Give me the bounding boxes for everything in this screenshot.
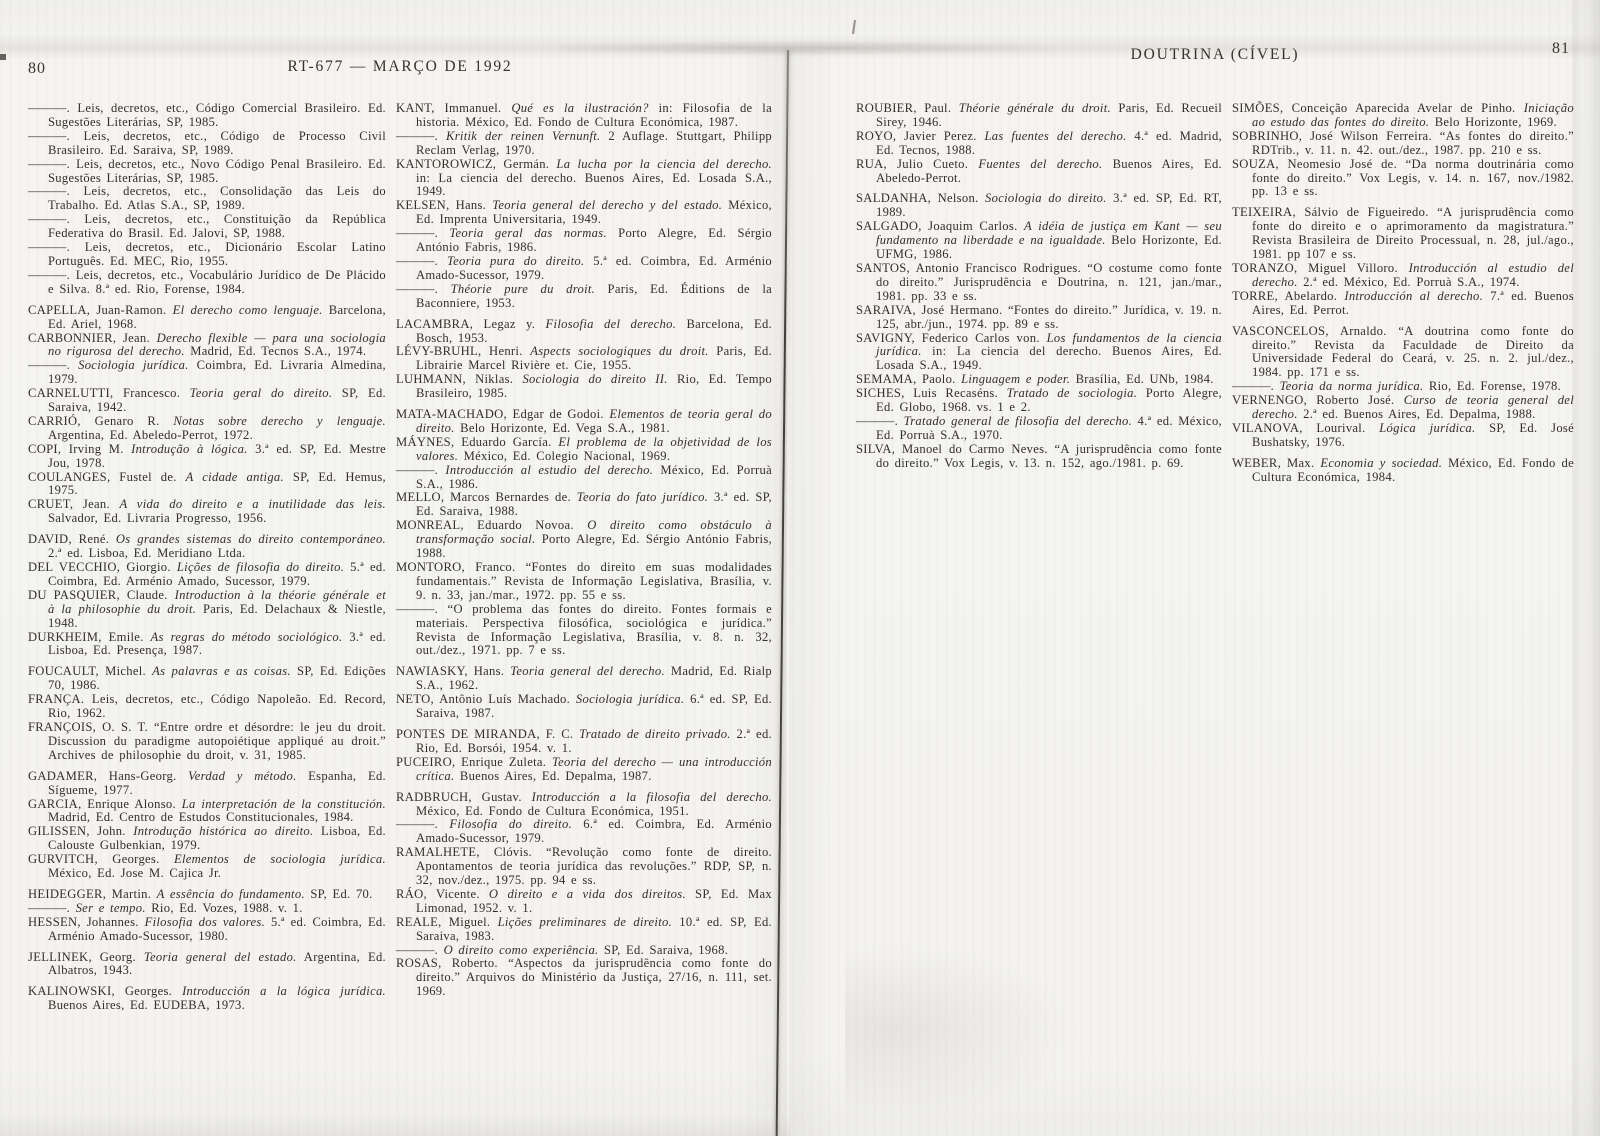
bib-entry-text: HESSEN, Johannes. bbox=[28, 915, 145, 929]
bib-entry-title: Lógica jurídica. bbox=[1379, 421, 1475, 435]
bib-entry-text: COULANGES, Fustel de. bbox=[28, 470, 186, 484]
bib-entry: ———. Leis, decretos, etc., Código de Pro… bbox=[28, 130, 386, 158]
bib-entry-text: MÁYNES, Eduardo García. bbox=[396, 435, 558, 449]
bib-entry: COPI, Irving M. Introdução à lógica. 3.ª… bbox=[28, 443, 386, 471]
bib-entry-title: Introducción a la filosofia del derecho. bbox=[532, 790, 772, 804]
bib-entry-text: FOUCAULT, Michel. bbox=[28, 664, 152, 678]
bib-entry-text: CARBONNIER, Jean. bbox=[28, 331, 157, 345]
bib-entry: SAVIGNY, Federico Carlos von. Los fundam… bbox=[856, 332, 1222, 374]
bib-entry-title: Introdução à lógica. bbox=[131, 442, 248, 456]
bib-entry-text: SANTOS, Antonio Francisco Rodrigues. “O … bbox=[856, 261, 1222, 303]
bib-entry-text: ———. Leis, decretos, etc., Código de Pro… bbox=[28, 129, 386, 157]
bib-entry: ———. Théorie pure du droit. Paris, Ed. É… bbox=[396, 283, 772, 311]
bib-entry: ———. Sociologia jurídica. Coimbra, Ed. L… bbox=[28, 359, 386, 387]
bib-entry-text: in: La ciencia del derecho. Buenos Aires… bbox=[876, 344, 1222, 372]
bib-entry-title: A cidade antiga. bbox=[186, 470, 284, 484]
bib-entry-title: Sociologia jurídica. bbox=[78, 358, 189, 372]
bib-entry-text: JELLINEK, Georg. bbox=[28, 950, 144, 964]
entry-group: PONTES DE MIRANDA, F. C. Tratado de dire… bbox=[396, 728, 772, 784]
bib-entry: ———. Leis, decretos, etc., Novo Código P… bbox=[28, 158, 386, 186]
bib-entry-text: FRANÇA. Leis, decretos, etc., Código Nap… bbox=[28, 692, 386, 720]
bib-entry-text: ———. bbox=[856, 414, 904, 428]
bib-entry-text: LÉVY-BRUHL, Henri. bbox=[396, 344, 530, 358]
bib-entry: ———. “O problema das fontes do direito. … bbox=[396, 603, 772, 659]
bib-entry-text: SP, Ed. 70. bbox=[305, 887, 373, 901]
bib-entry: ROUBIER, Paul. Théorie générale du droit… bbox=[856, 102, 1222, 130]
bib-entry: HESSEN, Johannes. Filosofia dos valores.… bbox=[28, 916, 386, 944]
bib-entry-text: SOUZA, Neomesio José de. “Da norma doutr… bbox=[1232, 157, 1574, 199]
bib-entry: GILISSEN, John. Introdução histórica ao … bbox=[28, 825, 386, 853]
right-page: 81 DOUTRINA (CÍVEL) ROUBIER, Paul. Théor… bbox=[856, 40, 1574, 492]
bib-entry-text: DU PASQUIER, Claude. bbox=[28, 588, 175, 602]
bib-entry-text: VILANOVA, Lourival. bbox=[1232, 421, 1379, 435]
bib-entry-text: Belo Horizonte, 1969. bbox=[1429, 115, 1557, 129]
bib-entry-text: DURKHEIM, Emile. bbox=[28, 630, 151, 644]
bib-entry-title: Introducción a la lógica jurídica. bbox=[182, 984, 386, 998]
bib-entry-title: Théorie pure du droit. bbox=[451, 282, 596, 296]
bib-entry-text: VASCONCELOS, Arnaldo. “A doutrina como f… bbox=[1232, 324, 1574, 380]
bib-entry-text: CARNELUTTI, Francesco. bbox=[28, 386, 190, 400]
bib-entry-text: ———. Leis, decretos, etc., Dicionário Es… bbox=[28, 240, 386, 268]
bib-entry-text: PUCEIRO, Enrique Zuleta. bbox=[396, 755, 552, 769]
bib-entry: LUHMANN, Niklas. Sociologia do direito I… bbox=[396, 373, 772, 401]
bib-entry-text: SALDANHA, Nelson. bbox=[856, 191, 985, 205]
bib-entry-text: WEBER, Max. bbox=[1232, 456, 1320, 470]
bib-entry-text: ROUBIER, Paul. bbox=[856, 101, 959, 115]
bib-entry: SILVA, Manoel do Carmo Neves. “A jurispr… bbox=[856, 443, 1222, 471]
bib-entry: MONREAL, Eduardo Novoa. O direito como o… bbox=[396, 519, 772, 561]
entry-group: RADBRUCH, Gustav. Introducción a la filo… bbox=[396, 791, 772, 1000]
bib-entry-text: ———. Leis, decretos, etc., Código Comerc… bbox=[28, 101, 386, 129]
bib-entry-title: Elementos de sociologia jurídica. bbox=[174, 852, 386, 866]
bib-entry: ———. O direito como experiência. SP, Ed.… bbox=[396, 944, 772, 958]
bib-entry: SARAIVA, José Hermano. “Fontes do direit… bbox=[856, 304, 1222, 332]
bib-entry-title: Teoria general del derecho. bbox=[510, 664, 665, 678]
bib-entry: SICHES, Luis Recaséns. Tratado de sociol… bbox=[856, 387, 1222, 415]
bib-entry-title: Introducción al derecho. bbox=[1344, 289, 1483, 303]
bib-entry-title: Qué es la ilustración? bbox=[511, 101, 648, 115]
bib-entry-text: ———. bbox=[396, 817, 449, 831]
bib-entry-text: in: La ciencia del derecho. Buenos Aires… bbox=[416, 171, 772, 199]
bib-entry-title: As palavras e as coisas. bbox=[152, 664, 291, 678]
bib-entry-title: Teoria pura do direito. bbox=[447, 254, 584, 268]
left-page-number: 80 bbox=[28, 60, 46, 78]
bib-entry: REALE, Miguel. Lições preliminares de di… bbox=[396, 916, 772, 944]
bib-entry: PONTES DE MIRANDA, F. C. Tratado de dire… bbox=[396, 728, 772, 756]
bib-entry-text: NETO, Antônio Luís Machado. bbox=[396, 692, 576, 706]
bib-entry-text: MELLO, Marcos Bernardes de. bbox=[396, 490, 577, 504]
bib-entry-text: CARRIÓ, Genaro R. bbox=[28, 414, 173, 428]
bib-entry-text: KANTOROWICZ, Germán. bbox=[396, 157, 556, 171]
right-page-running-title: DOUTRINA (CÍVEL) bbox=[856, 40, 1574, 64]
bib-entry-text: ———. Leis, decretos, etc., Vocabulário J… bbox=[28, 268, 386, 296]
bibliography-column-1: ———. Leis, decretos, etc., Código Comerc… bbox=[28, 102, 386, 1020]
book-spine-shadow-right bbox=[789, 50, 834, 1136]
bib-entry-title: Filosofia do direito. bbox=[449, 817, 572, 831]
bib-entry-title: Teoria geral do direito. bbox=[190, 386, 333, 400]
bib-entry: TORRE, Abelardo. Introducción al derecho… bbox=[1232, 290, 1574, 318]
right-page-columns: ROUBIER, Paul. Théorie générale du droit… bbox=[856, 102, 1574, 492]
bib-entry-title: Las fuentes del derecho. bbox=[984, 129, 1126, 143]
bib-entry-text: ———. “O problema das fontes do direito. … bbox=[396, 602, 772, 658]
bib-entry-text: NAWIASKY, Hans. bbox=[396, 664, 510, 678]
bib-entry: ———. Tratado general de filosofia del de… bbox=[856, 415, 1222, 443]
bib-entry-text: ———. bbox=[28, 358, 78, 372]
bib-entry-text: Salvador, Ed. Livraria Progresso, 1956. bbox=[48, 511, 267, 525]
bib-entry-text: Belo Horizonte, Ed. Vega S.A., 1981. bbox=[455, 421, 670, 435]
bib-entry-text: México, Ed. Fondo de Cultura Económica, … bbox=[416, 804, 689, 818]
bib-entry: ———. Leis, decretos, etc., Dicionário Es… bbox=[28, 241, 386, 269]
bib-entry-title: Filosofia dos valores. bbox=[145, 915, 265, 929]
bib-entry-text: ———. bbox=[396, 129, 446, 143]
bib-entry-title: Ser e tempo. bbox=[76, 901, 146, 915]
bib-entry: GARCIA, Enrique Alonso. La interpretació… bbox=[28, 798, 386, 826]
bib-entry-text: SP, Ed. Saraiva, 1968. bbox=[599, 943, 729, 957]
bib-entry-text: ROYO, Javier Perez. bbox=[856, 129, 984, 143]
entry-group: FOUCAULT, Michel. As palavras e as coisa… bbox=[28, 665, 386, 762]
bibliography-column-2: KANT, Immanuel. Qué es la ilustración? i… bbox=[396, 102, 772, 1020]
bib-entry-text: FRANÇOIS, O. S. T. “Entre ordre et désor… bbox=[28, 720, 386, 762]
bib-entry-text: SILVA, Manoel do Carmo Neves. “A jurispr… bbox=[856, 442, 1222, 470]
bib-entry: RÁO, Vicente. O direito e a vida dos dir… bbox=[396, 888, 772, 916]
left-page: 80 RT-677 — MARÇO DE 1992 ———. Leis, dec… bbox=[28, 52, 772, 1020]
bib-entry-title: Sociologia do direito II. bbox=[522, 372, 667, 386]
entry-group: GADAMER, Hans-Georg. Verdad y método. Es… bbox=[28, 770, 386, 881]
bib-entry-text: Argentina, Ed. Abeledo-Perrot, 1972. bbox=[48, 428, 253, 442]
bib-entry: LACAMBRA, Legaz y. Filosofia del derecho… bbox=[396, 318, 772, 346]
bib-entry-text: ———. bbox=[28, 901, 76, 915]
bib-entry-text: ———. bbox=[396, 254, 447, 268]
bib-entry: WEBER, Max. Economia y sociedad. México,… bbox=[1232, 457, 1574, 485]
bib-entry: ———. Teoria geral das normas. Porto Aleg… bbox=[396, 227, 772, 255]
bib-entry: JELLINEK, Georg. Teoria general del esta… bbox=[28, 951, 386, 979]
bib-entry-text: Buenos Aires, Ed. Depalma, 1987. bbox=[454, 769, 651, 783]
bib-entry-text: RÁO, Vicente. bbox=[396, 887, 489, 901]
bib-entry-title: Teoria da norma jurídica. bbox=[1280, 379, 1424, 393]
bib-entry: GADAMER, Hans-Georg. Verdad y método. Es… bbox=[28, 770, 386, 798]
bib-entry: MÁYNES, Eduardo García. El problema de l… bbox=[396, 436, 772, 464]
bib-entry-text: CAPELLA, Juan-Ramon. bbox=[28, 303, 173, 317]
entry-group: CAPELLA, Juan-Ramon. El derecho como len… bbox=[28, 304, 386, 527]
left-page-running-title: RT-677 — MARÇO DE 1992 bbox=[28, 52, 772, 76]
bib-entry: NAWIASKY, Hans. Teoria general del derec… bbox=[396, 665, 772, 693]
bib-entry: SOBRINHO, José Wilson Ferreira. “As font… bbox=[1232, 130, 1574, 158]
entry-group: TEIXEIRA, Sálvio de Figueiredo. “A juris… bbox=[1232, 206, 1574, 317]
bib-entry-text: REALE, Miguel. bbox=[396, 915, 498, 929]
bib-entry-text: Buenos Aires, Ed. EUDEBA, 1973. bbox=[48, 998, 245, 1012]
bib-entry-title: Sociologia jurídica. bbox=[576, 692, 684, 706]
bibliography-column-4: SIMÕES, Conceição Aparecida Avelar de Pi… bbox=[1232, 102, 1574, 492]
bib-entry-title: Notas sobre derecho y lenguaje. bbox=[173, 414, 386, 428]
bib-entry: ———. Leis, decretos, etc., Constituição … bbox=[28, 213, 386, 241]
bib-entry: ———. Leis, decretos, etc., Vocabulário J… bbox=[28, 269, 386, 297]
bib-entry-title: Lições de filosofia do direito. bbox=[177, 560, 344, 574]
bib-entry: FRANÇA. Leis, decretos, etc., Código Nap… bbox=[28, 693, 386, 721]
bib-entry: MATA-MACHADO, Edgar de Godoi. Elementos … bbox=[396, 408, 772, 436]
bib-entry-text: GILISSEN, John. bbox=[28, 824, 133, 838]
bib-entry-text: Madrid, Ed. Centro de Estudos Constituci… bbox=[48, 810, 354, 824]
left-page-columns: ———. Leis, decretos, etc., Código Comerc… bbox=[28, 102, 772, 1020]
scanned-page-spread: 80 RT-677 — MARÇO DE 1992 ———. Leis, dec… bbox=[0, 0, 1600, 1136]
bib-entry-title: A vida do direito e a inutilidade das le… bbox=[119, 497, 386, 511]
bib-entry-text: Madrid, Ed. Tecnos S.A., 1974. bbox=[185, 344, 367, 358]
bib-entry-title: O direito e a vida dos direitos. bbox=[489, 887, 686, 901]
bib-entry-text: 2.ª ed. México, Ed. Porruà S.A., 1974. bbox=[1298, 275, 1520, 289]
entry-group: NAWIASKY, Hans. Teoria general del derec… bbox=[396, 665, 772, 721]
bib-entry: TEIXEIRA, Sálvio de Figueiredo. “A juris… bbox=[1232, 206, 1574, 262]
bib-entry: RUA, Julio Cueto. Fuentes del derecho. B… bbox=[856, 158, 1222, 186]
bib-entry: ———. Introducción al estudio del derecho… bbox=[396, 464, 772, 492]
bib-entry: ———. Leis, decretos, etc., Código Comerc… bbox=[28, 102, 386, 130]
bib-entry: NETO, Antônio Luís Machado. Sociologia j… bbox=[396, 693, 772, 721]
bib-entry-text: ———. bbox=[396, 226, 449, 240]
bib-entry-title: El derecho como lenguaje. bbox=[173, 303, 323, 317]
bib-entry-text: LACAMBRA, Legaz y. bbox=[396, 317, 546, 331]
bib-entry-text: GARCIA, Enrique Alonso. bbox=[28, 797, 182, 811]
bib-entry: GURVITCH, Georges. Elementos de sociolog… bbox=[28, 853, 386, 881]
bib-entry: HEIDEGGER, Martin. A essência do fundame… bbox=[28, 888, 386, 902]
bib-entry-title: Aspects sociologiques du droit. bbox=[530, 344, 709, 358]
bib-entry-text: Brasília, Ed. UNb, 1984. bbox=[1070, 372, 1214, 386]
bib-entry-text: ———. bbox=[1232, 379, 1280, 393]
bib-entry: KANT, Immanuel. Qué es la ilustración? i… bbox=[396, 102, 772, 130]
bib-entry: ROYO, Javier Perez. Las fuentes del dere… bbox=[856, 130, 1222, 158]
bib-entry-text: TEIXEIRA, Sálvio de Figueiredo. “A juris… bbox=[1232, 205, 1574, 261]
bib-entry: VILANOVA, Lourival. Lógica jurídica. SP,… bbox=[1232, 422, 1574, 450]
entry-group: MATA-MACHADO, Edgar de Godoi. Elementos … bbox=[396, 408, 772, 658]
bib-entry-text: CRUET, Jean. bbox=[28, 497, 119, 511]
bib-entry-title: Sociologia do direito. bbox=[985, 191, 1107, 205]
bib-entry-title: As regras do método sociológico. bbox=[151, 630, 343, 644]
bib-entry-text: ROSAS, Roberto. “Aspectos da jurisprudên… bbox=[396, 956, 772, 998]
bib-entry-title: Lições preliminares de direito. bbox=[498, 915, 673, 929]
scan-bottom-band bbox=[0, 1116, 790, 1136]
bib-entry: ———. Filosofia do direito. 6.ª ed. Coimb… bbox=[396, 818, 772, 846]
bib-entry-title: Tratado de direito privado. bbox=[579, 727, 731, 741]
entry-group: JELLINEK, Georg. Teoria general del esta… bbox=[28, 951, 386, 979]
bib-entry-text: KELSEN, Hans. bbox=[396, 198, 492, 212]
bib-entry: KANTOROWICZ, Germán. La lucha por la cie… bbox=[396, 158, 772, 200]
bib-entry-title: Kritik der reinen Vernunft. bbox=[446, 129, 601, 143]
bib-entry-title: Tratado de sociologia. bbox=[1007, 386, 1138, 400]
bib-entry-text: MATA-MACHADO, Edgar de Godoi. bbox=[396, 407, 609, 421]
bib-entry-text: MONTORO, Franco. “Fontes do direito em s… bbox=[396, 560, 772, 602]
bib-entry-text: ———. Leis, decretos, etc., Consolidação … bbox=[28, 184, 386, 212]
bib-entry-title: Linguagem e poder. bbox=[961, 372, 1070, 386]
bib-entry: DURKHEIM, Emile. As regras do método soc… bbox=[28, 631, 386, 659]
bib-entry: ———. Kritik der reinen Vernunft. 2 Aufla… bbox=[396, 130, 772, 158]
entry-group: ———. Leis, decretos, etc., Código Comerc… bbox=[28, 102, 386, 297]
entry-group: SIMÕES, Conceição Aparecida Avelar de Pi… bbox=[1232, 102, 1574, 199]
bib-entry-title: O direito como experiência. bbox=[444, 943, 599, 957]
bib-entry-text: ———. bbox=[396, 463, 445, 477]
bib-entry-text: Rio, Ed. Vozes, 1988. v. 1. bbox=[146, 901, 303, 915]
entry-group: DAVID, René. Os grandes sistemas do dire… bbox=[28, 533, 386, 658]
bibliography-column-3: ROUBIER, Paul. Théorie générale du droit… bbox=[856, 102, 1222, 492]
bib-entry: DU PASQUIER, Claude. Introduction à la t… bbox=[28, 589, 386, 631]
scan-right-edge-stripe bbox=[1572, 0, 1600, 1136]
bib-entry: SIMÕES, Conceição Aparecida Avelar de Pi… bbox=[1232, 102, 1574, 130]
bib-entry-text: SIMÕES, Conceição Aparecida Avelar de Pi… bbox=[1232, 101, 1524, 115]
bib-entry: ROSAS, Roberto. “Aspectos da jurisprudên… bbox=[396, 957, 772, 999]
bib-entry-title: Introducción al estudio del derecho. bbox=[445, 463, 653, 477]
bib-entry: PUCEIRO, Enrique Zuleta. Teoria del dere… bbox=[396, 756, 772, 784]
bib-entry-text: COPI, Irving M. bbox=[28, 442, 131, 456]
bib-entry-text: PONTES DE MIRANDA, F. C. bbox=[396, 727, 579, 741]
bib-entry-text: GURVITCH, Georges. bbox=[28, 852, 174, 866]
bib-entry-text: ———. Leis, decretos, etc., Novo Código P… bbox=[28, 157, 386, 185]
bib-entry-text: Rio, Ed. Forense, 1978. bbox=[1423, 379, 1561, 393]
bib-entry-text: RAMALHETE, Clóvis. “Revolução como fonte… bbox=[396, 845, 772, 887]
scan-tick-mark bbox=[852, 20, 856, 34]
bib-entry: CARBONNIER, Jean. Derecho flexible — par… bbox=[28, 332, 386, 360]
bib-entry-text: HEIDEGGER, Martin. bbox=[28, 887, 157, 901]
entry-group: SALDANHA, Nelson. Sociologia do direito.… bbox=[856, 192, 1222, 470]
bib-entry-text: DEL VECCHIO, Giorgio. bbox=[28, 560, 177, 574]
bib-entry-text: ———. bbox=[396, 282, 451, 296]
bib-entry-text: GADAMER, Hans-Georg. bbox=[28, 769, 188, 783]
bib-entry-title: Introdução histórica ao direito. bbox=[133, 824, 313, 838]
bib-entry-title: Teoria geral das normas. bbox=[449, 226, 607, 240]
bib-entry: MONTORO, Franco. “Fontes do direito em s… bbox=[396, 561, 772, 603]
bib-entry: CAPELLA, Juan-Ramon. El derecho como len… bbox=[28, 304, 386, 332]
left-page-header: 80 RT-677 — MARÇO DE 1992 bbox=[28, 52, 772, 86]
entry-group: HEIDEGGER, Martin. A essência do fundame… bbox=[28, 888, 386, 944]
bib-entry-title: Verdad y método. bbox=[188, 769, 296, 783]
bib-entry: ———. Teoria da norma jurídica. Rio, Ed. … bbox=[1232, 380, 1574, 394]
bib-entry-text: SICHES, Luis Recaséns. bbox=[856, 386, 1007, 400]
bib-entry: VERNENGO, Roberto José. Curso de teoria … bbox=[1232, 394, 1574, 422]
bib-entry-text: TORANZO, Miguel Villoro. bbox=[1232, 261, 1409, 275]
bib-entry: COULANGES, Fustel de. A cidade antiga. S… bbox=[28, 471, 386, 499]
bib-entry-title: A essência do fundamento. bbox=[157, 887, 305, 901]
bib-entry: SALDANHA, Nelson. Sociologia do direito.… bbox=[856, 192, 1222, 220]
bib-entry-title: Teoria general del derecho y del estado. bbox=[492, 198, 722, 212]
bib-entry: FRANÇOIS, O. S. T. “Entre ordre et désor… bbox=[28, 721, 386, 763]
bib-entry: RAMALHETE, Clóvis. “Revolução como fonte… bbox=[396, 846, 772, 888]
book-spine-line bbox=[776, 50, 789, 1136]
bib-entry-text: KANT, Immanuel. bbox=[396, 101, 511, 115]
bib-entry: TORANZO, Miguel Villoro. Introducción al… bbox=[1232, 262, 1574, 290]
bib-entry: CARNELUTTI, Francesco. Teoria geral do d… bbox=[28, 387, 386, 415]
bib-entry-text: SARAIVA, José Hermano. “Fontes do direit… bbox=[856, 303, 1222, 331]
bib-entry: DEL VECCHIO, Giorgio. Lições de filosofi… bbox=[28, 561, 386, 589]
bib-entry: LÉVY-BRUHL, Henri. Aspects sociologiques… bbox=[396, 345, 772, 373]
bib-entry-title: Théorie générale du droit. bbox=[959, 101, 1111, 115]
bib-entry: KALINOWSKI, Georges. Introducción a la l… bbox=[28, 985, 386, 1013]
scan-edge-dot bbox=[0, 54, 6, 60]
bib-entry-text: RUA, Julio Cueto. bbox=[856, 157, 978, 171]
right-page-number: 81 bbox=[1552, 40, 1570, 58]
bib-entry: KELSEN, Hans. Teoria general del derecho… bbox=[396, 199, 772, 227]
entry-group: KALINOWSKI, Georges. Introducción a la l… bbox=[28, 985, 386, 1013]
bib-entry: SEMAMA, Paolo. Linguagem e poder. Brasíl… bbox=[856, 373, 1222, 387]
bib-entry: CARRIÓ, Genaro R. Notas sobre derecho y … bbox=[28, 415, 386, 443]
bib-entry: FOUCAULT, Michel. As palavras e as coisa… bbox=[28, 665, 386, 693]
bib-entry-text: RADBRUCH, Gustav. bbox=[396, 790, 532, 804]
bib-entry-text: SAVIGNY, Federico Carlos von. bbox=[856, 331, 1047, 345]
bib-entry: RADBRUCH, Gustav. Introducción a la filo… bbox=[396, 791, 772, 819]
bib-entry-text: VERNENGO, Roberto José. bbox=[1232, 393, 1404, 407]
entry-group: WEBER, Max. Economia y sociedad. México,… bbox=[1232, 457, 1574, 485]
bib-entry-text: México, Ed. Colegio Nacional, 1969. bbox=[458, 449, 670, 463]
bib-entry-title: Teoria do fato jurídico. bbox=[577, 490, 708, 504]
bib-entry-text: SEMAMA, Paolo. bbox=[856, 372, 961, 386]
bib-entry-title: Economia y sociedad. bbox=[1320, 456, 1442, 470]
bib-entry: ———. Teoria pura do direito. 5.ª ed. Coi… bbox=[396, 255, 772, 283]
bib-entry: VASCONCELOS, Arnaldo. “A doutrina como f… bbox=[1232, 325, 1574, 381]
bib-entry: ———. Leis, decretos, etc., Consolidação … bbox=[28, 185, 386, 213]
bib-entry: SALGADO, Joaquim Carlos. A idéia de just… bbox=[856, 220, 1222, 262]
entry-group: LACAMBRA, Legaz y. Filosofia del derecho… bbox=[396, 318, 772, 401]
bib-entry-text: DAVID, René. bbox=[28, 532, 116, 546]
bib-entry: SOUZA, Neomesio José de. “Da norma doutr… bbox=[1232, 158, 1574, 200]
bib-entry-title: Filosofia del derecho. bbox=[546, 317, 677, 331]
bib-entry: MELLO, Marcos Bernardes de. Teoria do fa… bbox=[396, 491, 772, 519]
bib-entry-text: TORRE, Abelardo. bbox=[1232, 289, 1344, 303]
bib-entry-title: Teoria general del estado. bbox=[144, 950, 297, 964]
bib-entry-text: MONREAL, Eduardo Novoa. bbox=[396, 518, 587, 532]
bib-entry-title: Tratado general de filosofia del derecho… bbox=[904, 414, 1132, 428]
entry-group: VASCONCELOS, Arnaldo. “A doutrina como f… bbox=[1232, 325, 1574, 450]
scan-gutter-smudge bbox=[845, 940, 1085, 1120]
right-page-header: 81 DOUTRINA (CÍVEL) bbox=[856, 40, 1574, 74]
entry-group: KANT, Immanuel. Qué es la ilustración? i… bbox=[396, 102, 772, 311]
bib-entry: CRUET, Jean. A vida do direito e a inuti… bbox=[28, 498, 386, 526]
bib-entry-text: SALGADO, Joaquim Carlos. bbox=[856, 219, 1024, 233]
bib-entry: ———. Ser e tempo. Rio, Ed. Vozes, 1988. … bbox=[28, 902, 386, 916]
bib-entry-title: Fuentes del derecho. bbox=[978, 157, 1102, 171]
bib-entry: DAVID, René. Os grandes sistemas do dire… bbox=[28, 533, 386, 561]
bib-entry-text: México, Ed. Jose M. Cajica Jr. bbox=[48, 866, 221, 880]
bib-entry-text: KALINOWSKI, Georges. bbox=[28, 984, 182, 998]
entry-group: ROUBIER, Paul. Théorie générale du droit… bbox=[856, 102, 1222, 185]
bib-entry-text: LUHMANN, Niklas. bbox=[396, 372, 522, 386]
bib-entry-title: La interpretación de la constitución. bbox=[182, 797, 386, 811]
bib-entry-text: ———. bbox=[396, 943, 444, 957]
bib-entry-text: SOBRINHO, José Wilson Ferreira. “As font… bbox=[1232, 129, 1574, 157]
bib-entry: SANTOS, Antonio Francisco Rodrigues. “O … bbox=[856, 262, 1222, 304]
bib-entry-title: Os grandes sistemas do direito contempor… bbox=[116, 532, 386, 546]
bib-entry-title: La lucha por la ciencia del derecho. bbox=[556, 157, 772, 171]
bib-entry-text: 2.ª ed. Buenos Aires, Ed. Depalma, 1988. bbox=[1298, 407, 1536, 421]
bib-entry-text: ———. Leis, decretos, etc., Constituição … bbox=[28, 212, 386, 240]
bib-entry-text: 2.ª ed. Lisboa, Ed. Meridiano Ltda. bbox=[48, 546, 245, 560]
